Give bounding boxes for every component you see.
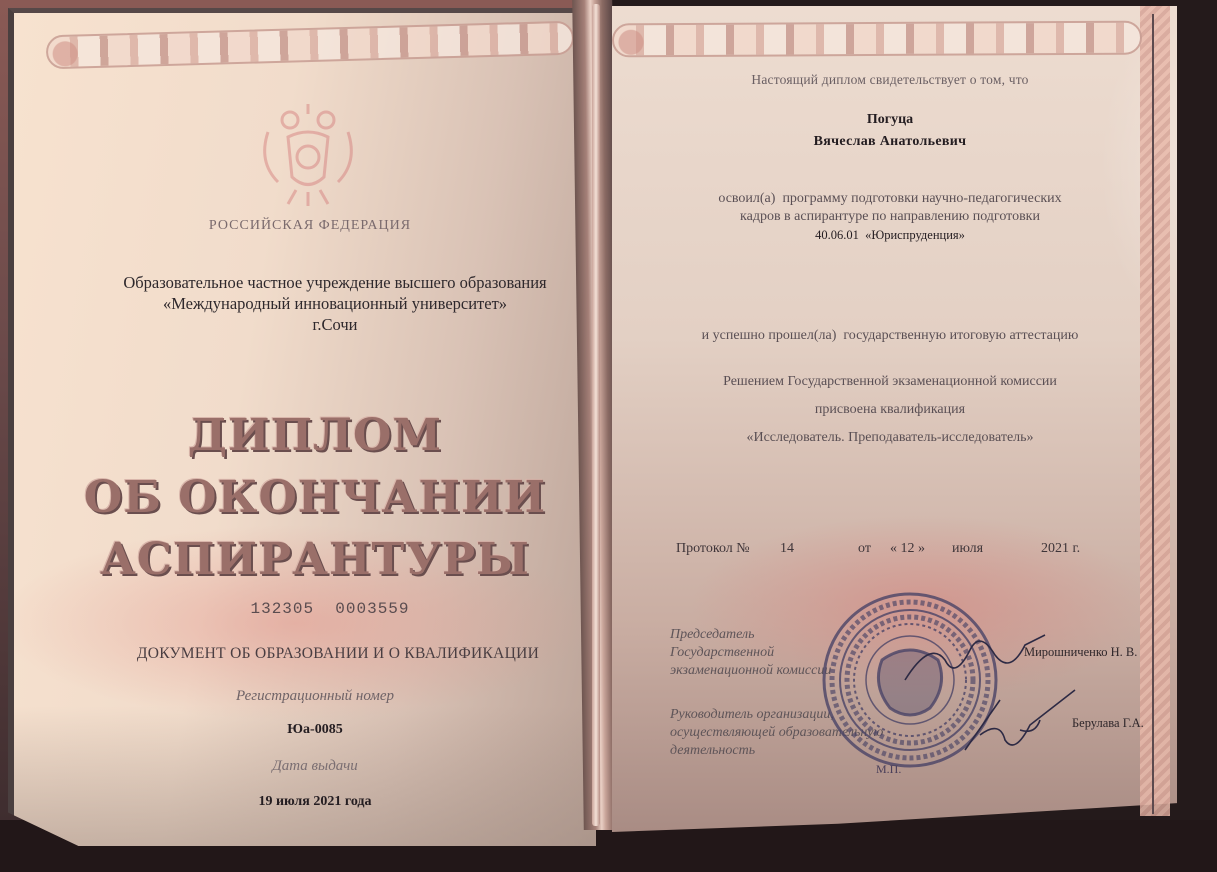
commission-decision: Решением Государственной экзаменационной…: [660, 368, 1120, 452]
double-headed-eagle-emblem-icon: [248, 92, 368, 212]
protocol-year: 2021 г.: [1041, 541, 1080, 557]
serial-number: 132305 0003559: [200, 600, 460, 618]
chair-name: Мирошниченко Н. В.: [1024, 645, 1137, 660]
protocol-month: июля: [952, 541, 983, 557]
registration-number: Юа-0085: [200, 722, 430, 738]
program-code: 40.06.01 «Юриспруденция»: [660, 226, 1120, 244]
program-line-2: кадров в аспирантуре по направлению подг…: [660, 208, 1120, 226]
page-edge-line: [1152, 14, 1154, 814]
institution-city: г.Сочи: [95, 314, 575, 335]
program-description: освоил(а) программу подготовки научно-пе…: [660, 190, 1120, 244]
graduate-surname: Погуца: [760, 112, 1020, 128]
protocol-day: « 12 »: [890, 541, 925, 557]
institution-name: Образовательное частное учреждение высше…: [95, 272, 575, 335]
issue-date: 19 июля 2021 года: [170, 794, 460, 810]
protocol-label: Протокол №: [676, 541, 750, 557]
head-signature-icon: [960, 680, 1080, 760]
seal-mark: М.П.: [876, 762, 901, 777]
institution-line-2: «Международный инновационный университет…: [95, 293, 575, 314]
certification-intro: Настоящий диплом свидетельствует о том, …: [660, 72, 1120, 88]
protocol-from: от: [858, 541, 871, 557]
head-name: Берулава Г.А.: [1072, 716, 1144, 731]
title-line-3: АСПИРАНТУРЫ: [60, 529, 570, 591]
protocol-number: 14: [780, 541, 794, 557]
country-label: РОССИЙСКАЯ ФЕДЕРАЦИЯ: [150, 218, 470, 234]
program-line-1: освоил(а) программу подготовки научно-пе…: [660, 190, 1120, 208]
bookmark-ribbon: [592, 4, 600, 826]
issue-date-label: Дата выдачи: [200, 758, 430, 775]
qualification: «Исследователь. Преподаватель-исследоват…: [660, 424, 1120, 452]
attestation-text: и успешно прошел(ла) государственную ито…: [655, 328, 1125, 344]
decision-line-2: присвоена квалификация: [660, 396, 1120, 424]
decision-line-1: Решением Государственной экзаменационной…: [660, 368, 1120, 396]
diploma-title: ДИПЛОМ ОБ ОКОНЧАНИИ АСПИРАНТУРЫ: [60, 405, 570, 591]
graduate-name: Вячеслав Анатольевич: [720, 134, 1060, 150]
institution-line-1: Образовательное частное учреждение высше…: [95, 272, 575, 293]
registration-number-label: Регистрационный номер: [200, 688, 430, 705]
title-line-1: ДИПЛОМ: [60, 405, 570, 467]
page-edge-pattern: [1140, 6, 1170, 816]
title-line-2: ОБ ОКОНЧАНИИ: [60, 467, 570, 529]
guilloche-ornament-band: [612, 21, 1142, 58]
document-type: ДОКУМЕНТ ОБ ОБРАЗОВАНИИ И О КВАЛИФИКАЦИИ: [118, 645, 558, 663]
